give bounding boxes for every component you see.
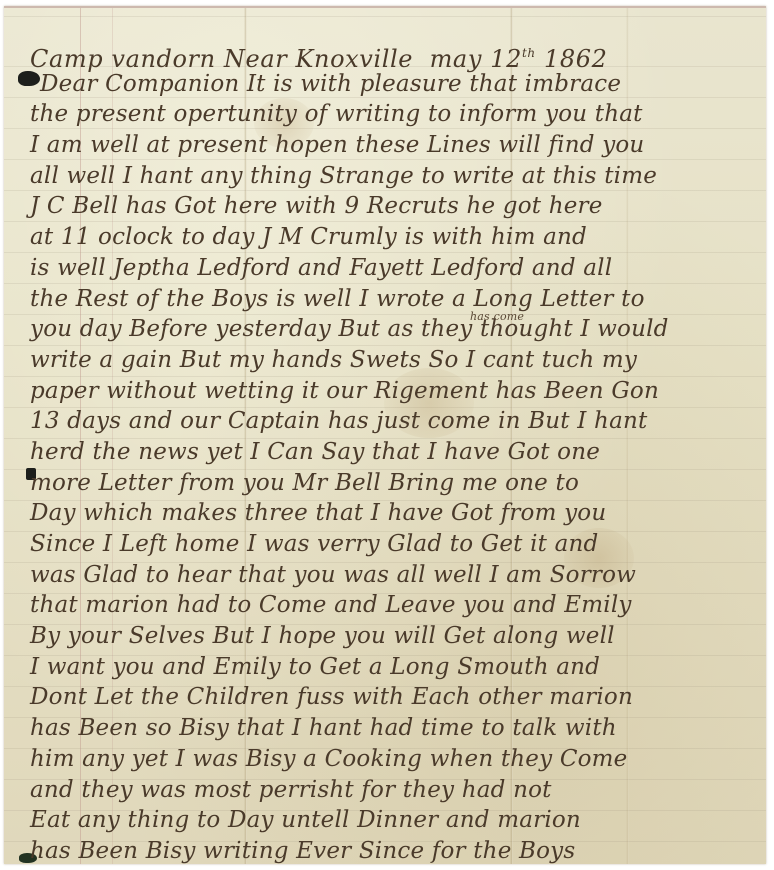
letter-line-text: you day Before yesterday But as they tho… bbox=[30, 316, 669, 342]
letter-line: has Been so Bisy that I hant had time to… bbox=[30, 713, 760, 744]
letter-line: the Rest of the Boys is well I wrote a L… bbox=[30, 284, 760, 315]
letter-line: and they was most perrisht for they had … bbox=[30, 775, 760, 806]
letter-line: all well I hant any thing Strange to wri… bbox=[30, 161, 760, 192]
letter-line: Dont Let the Children fuss with Each oth… bbox=[30, 682, 760, 713]
letter-line: the present opertunity of writing to inf… bbox=[30, 99, 760, 130]
letter-line: that marion had to Come and Leave you an… bbox=[30, 590, 760, 621]
letter-line: herd the news yet I Can Say that I have … bbox=[30, 437, 760, 468]
letter-line: J C Bell has Got here with 9 Recruts he … bbox=[30, 191, 760, 222]
letter-line: By your Selves But I hope you will Get a… bbox=[30, 621, 760, 652]
letter-line: has Been Bisy writing Ever Since for the… bbox=[30, 836, 760, 867]
interlinear-insertion: has come bbox=[470, 302, 524, 333]
letter-line: is well Jeptha Ledford and Fayett Ledfor… bbox=[30, 253, 760, 284]
letter-line: Dear Companion It is with pleasure that … bbox=[30, 69, 760, 100]
letter-line: write a gain But my hands Swets So I can… bbox=[30, 345, 760, 376]
letter-line: I want you and Emily to Get a Long Smout… bbox=[30, 652, 760, 683]
letter-heading: Camp vandorn Near Knoxville may 12th 186… bbox=[30, 38, 760, 69]
letter-line: was Glad to hear that you was all well I… bbox=[30, 560, 760, 591]
letter-line: him any yet I was Bisy a Cooking when th… bbox=[30, 744, 760, 775]
letter-line: I am well at present hopen these Lines w… bbox=[30, 130, 760, 161]
letter-line: Eat any thing to Day untell Dinner and m… bbox=[30, 805, 760, 836]
letter-line: 13 days and our Captain has just come in… bbox=[30, 406, 760, 437]
letter-line: paper without wetting it our Rigement ha… bbox=[30, 376, 760, 407]
heading-date-suffix: th bbox=[522, 46, 536, 60]
letter-line: more Letter from you Mr Bell Bring me on… bbox=[30, 468, 760, 499]
letter-line: Day which makes three that I have Got fr… bbox=[30, 498, 760, 529]
letter-line: at 11 oclock to day J M Crumly is with h… bbox=[30, 222, 760, 253]
letter-line: Since I Left home I was verry Glad to Ge… bbox=[30, 529, 760, 560]
letter-page: Camp vandorn Near Knoxville may 12th 186… bbox=[4, 6, 766, 864]
letter-line-with-insertion: has come you day Before yesterday But as… bbox=[30, 314, 760, 345]
letter-body: Camp vandorn Near Knoxville may 12th 186… bbox=[30, 38, 760, 867]
